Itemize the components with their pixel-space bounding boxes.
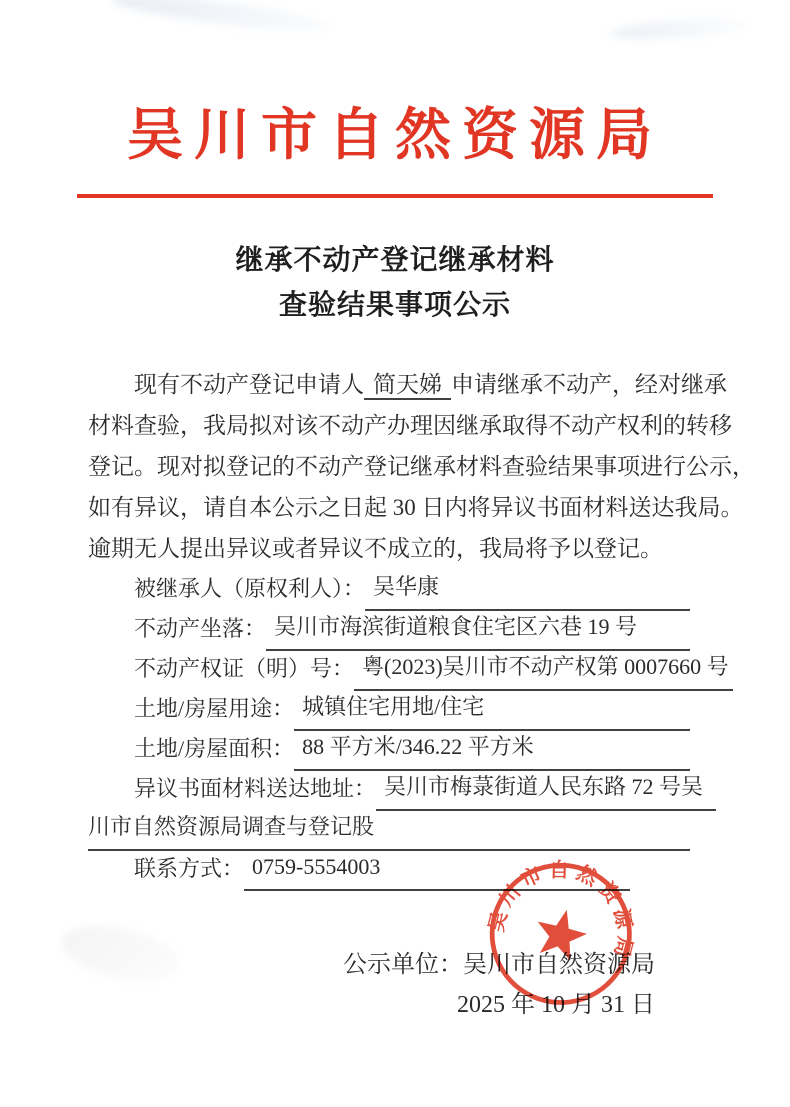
document-page: 吴川市自然资源局 继承不动产登记继承材料 查验结果事项公示 现有不动产登记申请人… — [0, 0, 790, 1107]
issuing-unit-label: 公示单位： — [343, 952, 463, 978]
applicant-name-underlined: 简天娣 — [364, 372, 451, 400]
scan-smudge — [610, 15, 751, 43]
field-label: 不动产坐落： — [134, 608, 266, 651]
document-title-line1: 继承不动产登记继承材料 — [0, 238, 790, 283]
field-label: 土地/房屋用途： — [134, 688, 294, 731]
field-objection-address: 异议书面材料送达地址：吴川市梅菉街道人民东路 72 号吴 — [88, 771, 718, 811]
field-objection-address-line2: 川市自然资源局调查与登记股 — [88, 811, 718, 851]
paragraph-line: 如有异议，请自本公示之日起 30 日内将异议书面材料送达我局。 — [88, 487, 718, 528]
document-body: 现有不动产登记申请人简天娣申请继承不动产，经对继承 材料查验，我局拟对该不动产办… — [0, 364, 790, 891]
paragraph-line: 逾期无人提出异议或者异议不成立的，我局将予以登记。 — [88, 528, 718, 569]
letterhead-divider — [77, 194, 713, 198]
field-value: 88 平方米/346.22 平方米 — [294, 726, 690, 771]
letterhead-title: 吴川市自然资源局 — [0, 94, 790, 178]
paragraph-text: 申请继承不动产，经对继承 — [451, 372, 727, 397]
field-value: 粤(2023)吴川市不动产权第 0007660 号 — [354, 646, 733, 691]
field-property-location: 不动产坐落：吴川市海滨街道粮食住宅区六巷 19 号 — [88, 611, 718, 651]
field-label: 联系方式： — [134, 848, 244, 891]
document-title-line2: 查验结果事项公示 — [0, 283, 790, 328]
scan-smudge — [109, 0, 330, 37]
field-land-house-area: 土地/房屋面积：88 平方米/346.22 平方米 — [88, 731, 718, 771]
field-label: 被继承人（原权利人）： — [134, 568, 365, 611]
paragraph-line: 登记。现对拟登记的不动产登记继承材料查验结果事项进行公示， — [88, 446, 718, 487]
paragraph-line: 材料查验，我局拟对该不动产办理因继承取得不动产权利的转移 — [88, 405, 718, 446]
signature-block: 公示单位：吴川市自然资源局 2025 年 10 月 31 日 — [0, 945, 790, 1025]
field-certificate-number: 不动产权证（明）号：粤(2023)吴川市不动产权第 0007660 号 — [88, 651, 718, 691]
field-value: 吴川市梅菉街道人民东路 72 号吴 — [376, 766, 716, 811]
field-list: 被继承人（原权利人）：吴华康 不动产坐落：吴川市海滨街道粮食住宅区六巷 19 号… — [88, 571, 718, 891]
seal-star-icon — [530, 904, 591, 963]
field-value: 吴华康 — [365, 566, 690, 611]
field-value: 吴川市海滨街道粮食住宅区六巷 19 号 — [266, 606, 690, 651]
field-label: 不动产权证（明）号： — [134, 648, 354, 691]
paragraph-text: 现有不动产登记申请人 — [134, 372, 364, 397]
field-land-house-use: 土地/房屋用途：城镇住宅用地/住宅 — [88, 691, 718, 731]
field-value: 城镇住宅用地/住宅 — [294, 686, 690, 731]
field-decedent: 被继承人（原权利人）：吴华康 — [88, 571, 718, 611]
field-value-continuation: 川市自然资源局调查与登记股 — [88, 806, 690, 851]
paragraph-line: 现有不动产登记申请人简天娣申请继承不动产，经对继承 — [88, 364, 718, 405]
document-title: 继承不动产登记继承材料 查验结果事项公示 — [0, 238, 790, 328]
field-label: 土地/房屋面积： — [134, 728, 294, 771]
field-label: 异议书面材料送达地址： — [134, 768, 376, 811]
